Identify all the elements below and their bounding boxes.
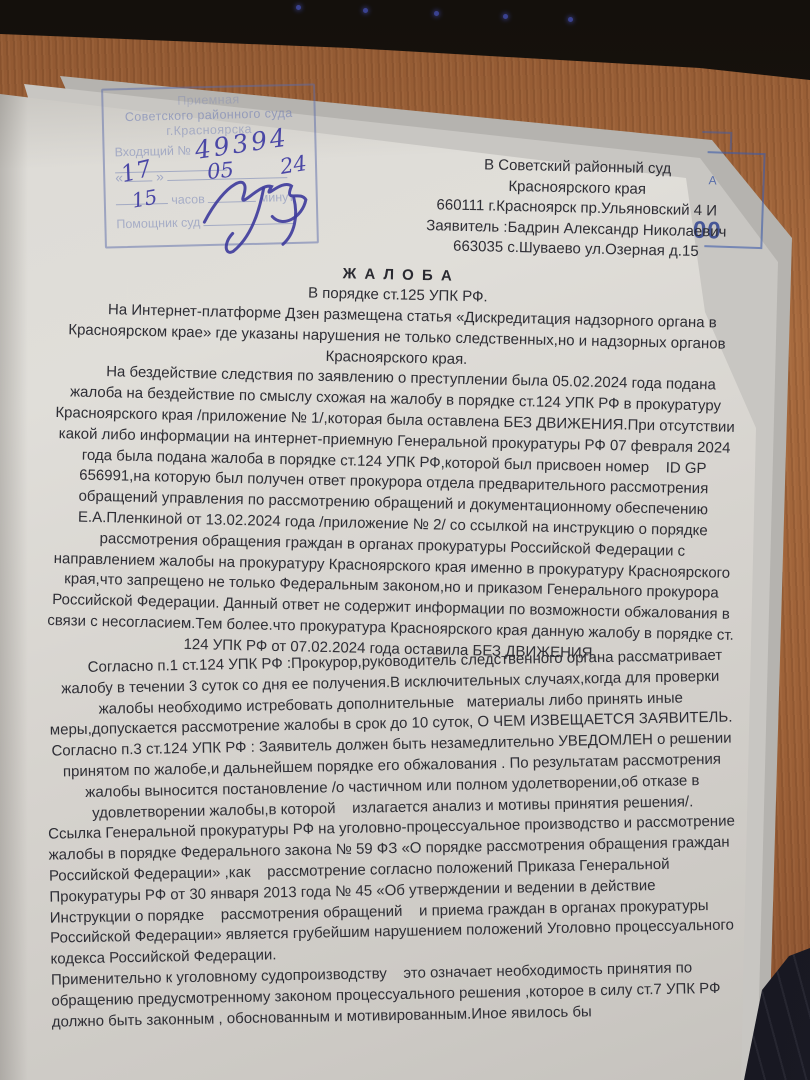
paragraph-upk-124: Согласно п.1 ст.124 УПК РФ :Прокурор,рук… [45, 645, 738, 825]
led-light [296, 5, 301, 10]
led-light [568, 17, 573, 22]
paragraph-primenitelno: Применительно к уголовному судопроизводс… [51, 957, 742, 1033]
document-body-lower: Согласно п.1 ст.124 УПК РФ :Прокурор,рук… [45, 645, 742, 1033]
led-light [363, 8, 368, 13]
document-header: В Советский районный суд Красноярского к… [410, 154, 744, 264]
paragraph-genprok-reference: Ссылка Генеральной прокуратуры РФ на уго… [48, 811, 741, 970]
paragraph-complaint-history: На бездействие следствия по заявлению о … [45, 361, 741, 667]
document-body: В Советский районный суд Красноярского к… [37, 146, 746, 1047]
partial-stamp-frame-top [702, 131, 733, 150]
led-light [434, 11, 439, 16]
led-light [503, 14, 508, 19]
